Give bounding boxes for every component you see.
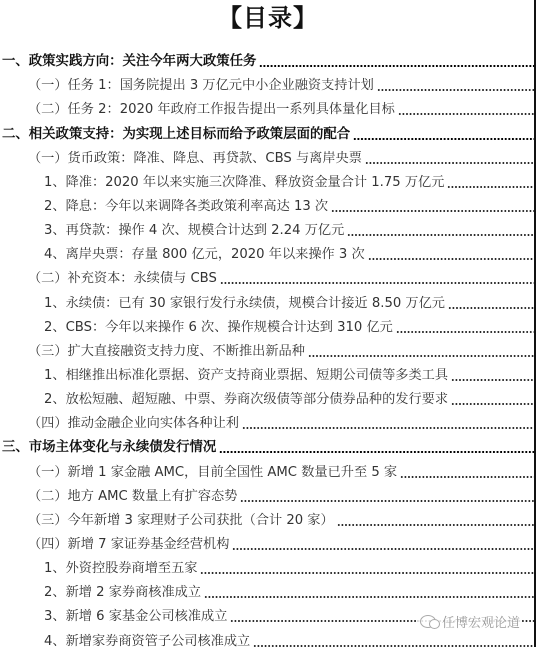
toc-entry-2[interactable]: 二、相关政策支持：为实现上述目标而给予政策层面的配合 [0, 118, 534, 142]
toc-entry-2-2-2[interactable]: 2、CBS：今年以来操作 6 次、操作规模合计达到 310 亿元 [0, 312, 534, 336]
dot-leader [220, 282, 534, 284]
toc-entry-label: 1、外资控股券商增至五家 [44, 560, 200, 577]
dot-leader [308, 355, 534, 357]
dot-leader [451, 379, 534, 381]
toc-entry-label: （二）地方 AMC 数量上有扩容态势 [28, 488, 240, 505]
toc-entry-3-1[interactable]: （一）新增 1 家金融 AMC，目前全国性 AMC 数量已升至 5 家 [0, 456, 534, 480]
toc-entry-2-1[interactable]: （一）货币政策：降准、降息、再贷款、CBS 与离岸央票 [0, 143, 534, 167]
dot-leader [353, 138, 534, 140]
toc-entry-2-1-4[interactable]: 4、离岸央票：存量 800 亿元，2020 年以来操作 3 次 [0, 239, 534, 263]
dot-leader [396, 331, 534, 333]
toc-entry-label: 4、离岸央票：存量 800 亿元，2020 年以来操作 3 次 [44, 246, 368, 263]
toc-entry-label: （三）今年新增 3 家理财子公司获批（合计 20 家） [28, 512, 337, 529]
dot-leader [398, 113, 534, 115]
toc-entry-label: （一）新增 1 家金融 AMC，目前全国性 AMC 数量已升至 5 家 [28, 464, 400, 481]
toc-entry-label: 2、降息：今年以来调降各类政策利率高达 13 次 [44, 198, 331, 215]
toc-entry-label: 1、降准：2020 年以来实施三次降准、释放资金量合计 1.75 万亿元 [44, 174, 447, 191]
toc-entry-2-3[interactable]: （三）扩大直接融资支持力度、不断推出新品种 [0, 336, 534, 360]
toc-entry-label: （四）新增 7 家证券基金经营机构 [28, 536, 232, 553]
toc-entry-2-2[interactable]: （二）补充资本：永续债与 CBS [0, 263, 534, 287]
toc-entry-label: 3、新增 6 家基金公司核准成立 [44, 608, 230, 625]
dot-leader [259, 65, 534, 67]
watermark-text: 任博宏观论道 [442, 612, 520, 631]
toc-entry-2-1-1[interactable]: 1、降准：2020 年以来实施三次降准、释放资金量合计 1.75 万亿元 [0, 167, 534, 191]
toc-entry-label: 一、政策实践方向：关注今年两大政策任务 [2, 53, 259, 70]
dot-leader [200, 572, 534, 574]
toc-entry-label: 二、相关政策支持：为实现上述目标而给予政策层面的配合 [2, 126, 353, 143]
page-title: 【目录】 [0, 2, 536, 34]
toc-entry-2-4[interactable]: （四）推动金融企业向实体各种让利 [0, 408, 534, 432]
toc-entry-2-3-2[interactable]: 2、放松短融、超短融、中票、券商次级债等部分债券品种的发行要求 [0, 384, 534, 408]
dot-leader [253, 645, 534, 647]
toc-entry-3-3[interactable]: （三）今年新增 3 家理财子公司获批（合计 20 家） [0, 505, 534, 529]
dot-leader [365, 162, 534, 164]
toc-entry-label: 2、新增 2 家券商核准成立 [44, 584, 204, 601]
dot-leader [240, 500, 534, 502]
toc-entry-label: （一）货币政策：降准、降息、再贷款、CBS 与离岸央票 [28, 150, 365, 167]
wechat-icon [420, 615, 436, 628]
dot-leader [219, 451, 534, 453]
toc-entry-1-1[interactable]: （一）任务 1：国务院提出 3 万亿元中小企业融资支持计划 [0, 70, 534, 94]
dot-leader [331, 210, 534, 212]
dot-leader [451, 403, 534, 405]
toc-entry-label: （二）任务 2：2020 年政府工作报告提出一系列具体量化目标 [28, 101, 398, 118]
dot-leader [400, 476, 534, 478]
toc-entry-1-2[interactable]: （二）任务 2：2020 年政府工作报告提出一系列具体量化目标 [0, 94, 534, 118]
toc-entry-label: 3、再贷款：操作 4 次、规模合计达到 2.24 万亿元 [44, 222, 347, 239]
dot-leader [447, 186, 534, 188]
toc-entry-label: 1、相继推出标准化票据、资产支持商业票据、短期公司债等多类工具 [44, 367, 451, 384]
toc-entry-label: 1、永续债：已有 30 家银行发行永续债，规模合计接近 8.50 万亿元 [44, 295, 448, 312]
dot-leader [232, 548, 534, 550]
dot-leader [242, 427, 534, 429]
watermark: 任博宏观论道 [418, 612, 522, 631]
dot-leader [377, 89, 534, 91]
dot-leader [368, 258, 534, 260]
table-of-contents: 一、政策实践方向：关注今年两大政策任务 （一）任务 1：国务院提出 3 万亿元中… [0, 46, 534, 647]
toc-entry-3[interactable]: 三、市场主体变化与永续债发行情况 [0, 432, 534, 456]
toc-entry-3-2[interactable]: （二）地方 AMC 数量上有扩容态势 [0, 481, 534, 505]
toc-entry-label: （二）补充资本：永续债与 CBS [28, 270, 220, 287]
toc-entry-label: （四）推动金融企业向实体各种让利 [28, 415, 242, 432]
toc-entry-2-1-3[interactable]: 3、再贷款：操作 4 次、规模合计达到 2.24 万亿元 [0, 215, 534, 239]
dot-leader [347, 234, 534, 236]
toc-entry-2-1-2[interactable]: 2、降息：今年以来调降各类政策利率高达 13 次 [0, 191, 534, 215]
dot-leader [448, 307, 534, 309]
toc-entry-label: 三、市场主体变化与永续债发行情况 [2, 439, 219, 456]
toc-entry-2-3-1[interactable]: 1、相继推出标准化票据、资产支持商业票据、短期公司债等多类工具 [0, 360, 534, 384]
toc-entry-label: 4、新增家券商资管子公司核准成立 [44, 633, 253, 647]
toc-entry-label: （三）扩大直接融资支持力度、不断推出新品种 [28, 343, 308, 360]
toc-entry-1[interactable]: 一、政策实践方向：关注今年两大政策任务 [0, 46, 534, 70]
toc-entry-3-4-1[interactable]: 1、外资控股券商增至五家 [0, 553, 534, 577]
toc-entry-label: 2、CBS：今年以来操作 6 次、操作规模合计达到 310 亿元 [44, 319, 396, 336]
toc-entry-label: （一）任务 1：国务院提出 3 万亿元中小企业融资支持计划 [28, 77, 377, 94]
toc-entry-label: 2、放松短融、超短融、中票、券商次级债等部分债券品种的发行要求 [44, 391, 451, 408]
dot-leader [204, 596, 534, 598]
toc-entry-3-4[interactable]: （四）新增 7 家证券基金经营机构 [0, 529, 534, 553]
toc-entry-2-2-1[interactable]: 1、永续债：已有 30 家银行发行永续债，规模合计接近 8.50 万亿元 [0, 287, 534, 311]
dot-leader [337, 524, 534, 526]
toc-entry-3-4-2[interactable]: 2、新增 2 家券商核准成立 [0, 577, 534, 601]
